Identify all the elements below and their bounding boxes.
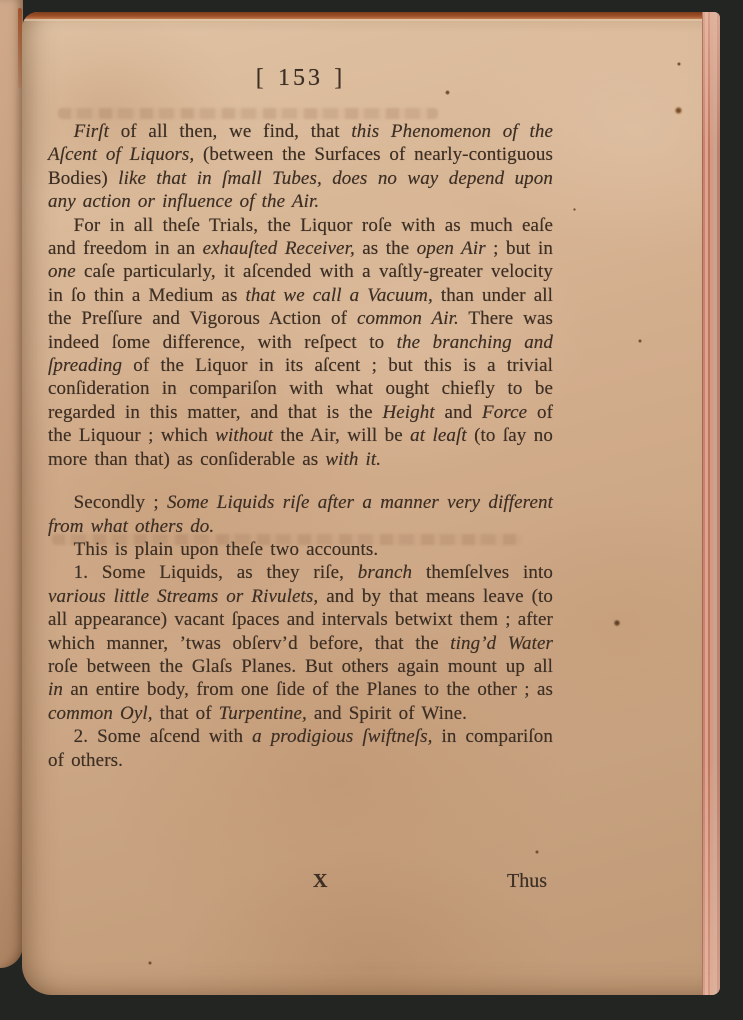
text-segment: common Air. — [357, 308, 459, 329]
text-segment: 1. Some Liquids, as they riſe, — [74, 562, 358, 583]
text-segment: Turpentine, — [219, 703, 307, 724]
text-segment: that we call a Vacuum, — [245, 285, 432, 306]
text-segment: like that in ſmall Tubes, does no way de… — [48, 168, 553, 212]
text-segment: without — [215, 425, 273, 446]
foxing-spot — [638, 339, 642, 343]
text-segment: and Spirit of Wine. — [307, 703, 467, 724]
text-segment: Height — [382, 402, 434, 423]
text-segment: 2. Some aſcend with — [74, 726, 252, 747]
catchword: Thus — [507, 870, 547, 893]
foxing-spot — [535, 850, 539, 854]
text-segment: exhauſted Receiver, — [203, 238, 355, 259]
direction-line: X Thus — [48, 870, 553, 896]
paragraph: Secondly ; Some Liquids riſe after a man… — [48, 491, 553, 538]
text-segment: common Oyl, — [48, 703, 153, 724]
text-segment: at leaſt — [410, 425, 467, 446]
text-segment: Force — [482, 402, 527, 423]
adjacent-page-edge — [0, 0, 23, 968]
text-segment: in — [48, 679, 63, 700]
paragraph: This is plain upon theſe two accounts. — [48, 538, 553, 561]
text-segment: of all then, we find, that — [109, 121, 351, 142]
foxing-spot — [573, 208, 576, 211]
scan-backdrop: { "colors": { "backdrop": "#232523", "pa… — [0, 0, 743, 1020]
text-segment: the Air, will be — [273, 425, 410, 446]
text-segment: an entire body, from one ſide of the Pla… — [63, 679, 553, 700]
text-segment: branch — [358, 562, 412, 583]
text-segment: as the — [355, 238, 417, 259]
paragraph: For in all theſe Trials, the Liquor roſe… — [48, 214, 553, 471]
text-segment: and — [435, 402, 482, 423]
text-segment: a prodigious ſwiftneſs, — [252, 726, 432, 747]
text-segment: Firſt — [74, 121, 109, 142]
text-segment: various little Streams or Rivulets, — [48, 586, 318, 607]
text-segment: with it. — [325, 449, 381, 470]
foxing-spot — [148, 961, 152, 965]
paragraph: 2. Some aſcend with a prodigious ſwiftne… — [48, 725, 553, 772]
signature-mark: X — [313, 870, 327, 893]
foxing-spot — [674, 106, 683, 115]
foxing-spot — [677, 62, 681, 66]
paragraph: Firſt of all then, we find, that this Ph… — [48, 120, 553, 214]
text-segment: ; but in — [486, 238, 553, 259]
page-text: [ 153 ] Firſt of all then, we find, that… — [48, 62, 553, 772]
text-segment: Secondly ; — [74, 492, 167, 513]
foxing-spot — [613, 619, 621, 627]
page-number-header: [ 153 ] — [48, 62, 553, 94]
text-segment: roſe between the Glaſs Planes. But other… — [48, 656, 553, 677]
text-segment: ting’d Water — [450, 633, 553, 654]
text-segment: one — [48, 261, 76, 282]
fore-edge-page-stack — [702, 12, 720, 995]
book-page: [ 153 ] Firſt of all then, we find, that… — [22, 12, 720, 995]
book-scan: [ 153 ] Firſt of all then, we find, that… — [0, 0, 743, 1020]
text-segment: that of — [153, 703, 219, 724]
paragraph: 1. Some Liquids, as they riſe, branch th… — [48, 561, 553, 725]
text-segment: open Air — [417, 238, 486, 259]
text-segment: themſelves into — [412, 562, 553, 583]
text-segment: This is plain upon theſe two accounts. — [74, 539, 379, 560]
